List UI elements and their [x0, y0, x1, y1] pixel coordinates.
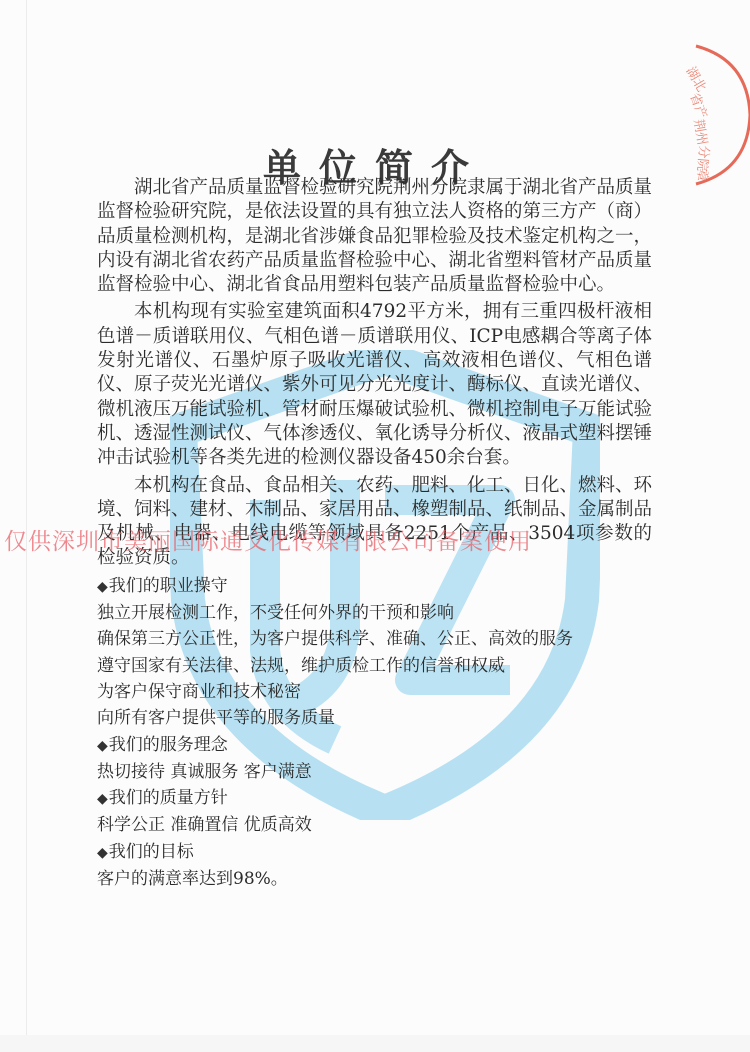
svg-text:湖北: 湖北: [683, 64, 710, 95]
diamond-bullet-icon: ◆: [97, 738, 108, 754]
equipment-paragraph: 本机构现有实验室建筑面积4792平方米，拥有三重四极杆液相色谱－质谱联用仪、气相…: [97, 300, 652, 470]
section-goal: ◆我们的目标 客户的满意率达到98%。: [97, 839, 652, 893]
ethics-line: 向所有客户提供平等的服务质量: [97, 705, 652, 731]
diamond-bullet-icon: ◆: [97, 845, 108, 861]
service-line: 热切接待 真诚服务 客户满意: [97, 759, 652, 785]
diamond-bullet-icon: ◆: [97, 579, 108, 595]
scan-bottom-edge: [0, 1035, 750, 1052]
quality-line: 科学公正 准确置信 优质高效: [97, 812, 652, 838]
section-quality-policy: ◆我们的质量方针 科学公正 准确置信 优质高效: [97, 785, 652, 839]
section-service-philosophy: ◆我们的服务理念 热切接待 真诚服务 客户满意: [97, 732, 652, 786]
ethics-line: 为客户保守商业和技术秘密: [97, 679, 652, 705]
diamond-bullet-icon: ◆: [97, 791, 108, 807]
intro-paragraph: 湖北省产品质量监督检验研究院荆州分院隶属于湖北省产品质量监督检验研究院，是依法设…: [97, 176, 652, 297]
svg-text:省产: 省产: [686, 91, 710, 121]
section-heading: ◆我们的目标: [97, 839, 652, 866]
ethics-line: 确保第三方公正性，为客户提供科学、准确、公正、高效的服务: [97, 626, 652, 652]
ethics-line: 独立开展检测工作，不受任何外界的干预和影响: [97, 600, 652, 626]
section-professional-ethics: ◆我们的职业操守 独立开展检测工作，不受任何外界的干预和影响 确保第三方公正性，…: [97, 573, 652, 732]
section-heading: ◆我们的质量方针: [97, 785, 652, 812]
document-page: 湖北 省产 荆州 分院 章 单位简介 湖北省产品质量监督检验研究院荆州分院隶属于…: [0, 0, 750, 1052]
watermark-text: 仅供深圳市美丽国际通文化传媒有限公司备案使用: [4, 523, 532, 556]
ethics-line: 遵守国家有关法律、法规，维护质检工作的信誉和权威: [97, 653, 652, 679]
section-heading: ◆我们的职业操守: [97, 573, 652, 600]
section-heading: ◆我们的服务理念: [97, 732, 652, 759]
goal-line: 客户的满意率达到98%。: [97, 866, 652, 892]
